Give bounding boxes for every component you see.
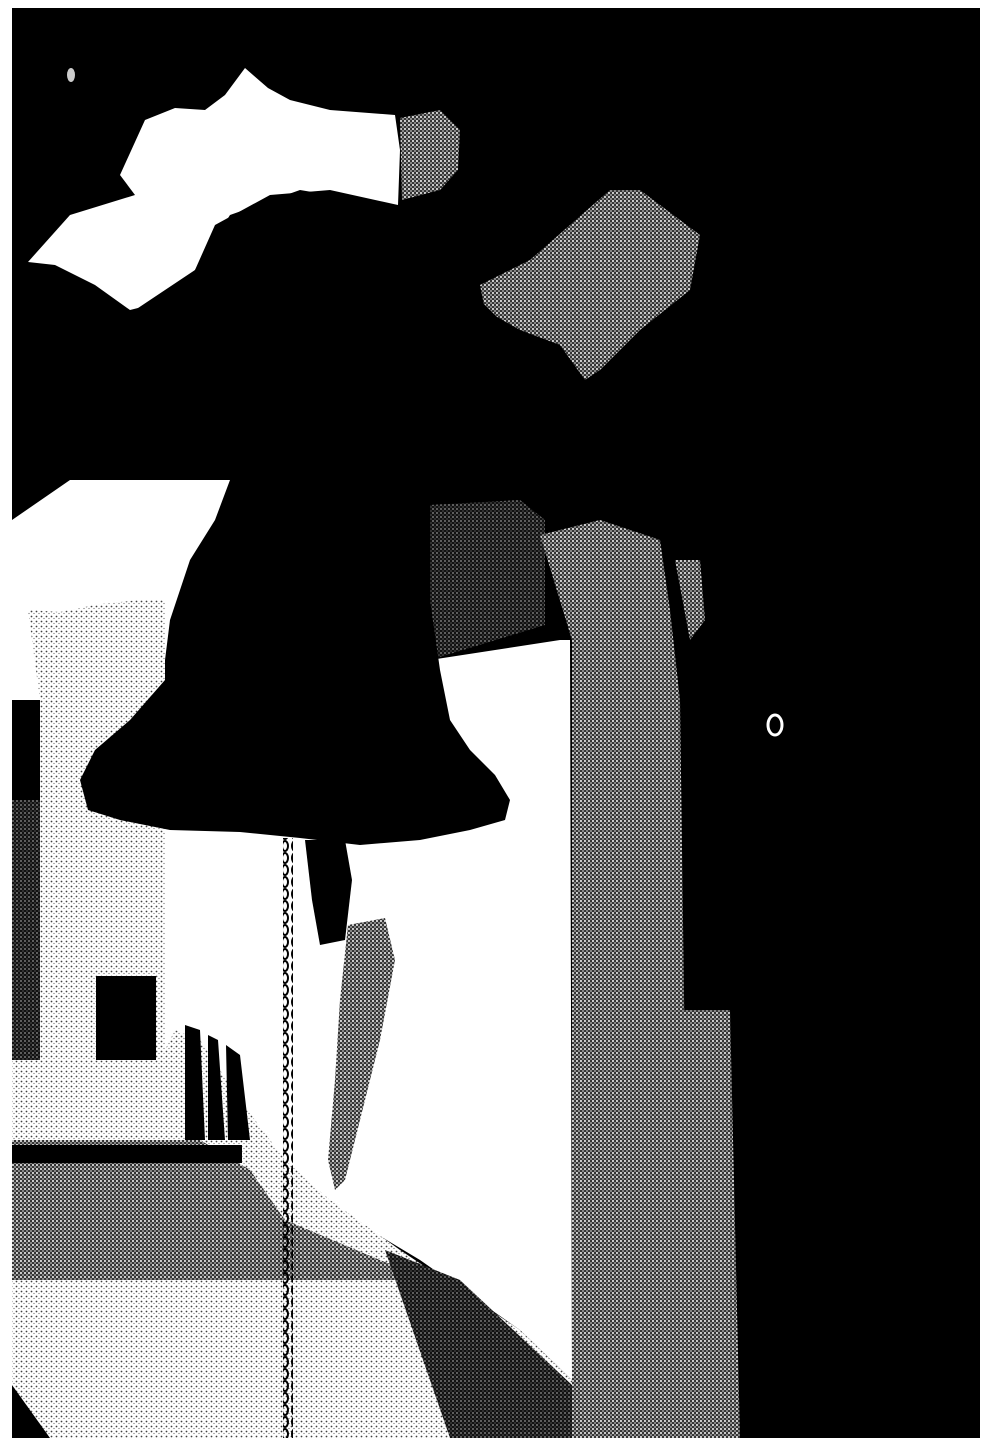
building-window [96,976,156,1060]
bell-photograph [0,0,991,1448]
glint [67,68,75,82]
pull-chain [283,838,293,1438]
left-dark-strip [12,800,40,1060]
rooftop-ledge [12,1145,242,1163]
stone-pillar-lower [680,1010,740,1438]
